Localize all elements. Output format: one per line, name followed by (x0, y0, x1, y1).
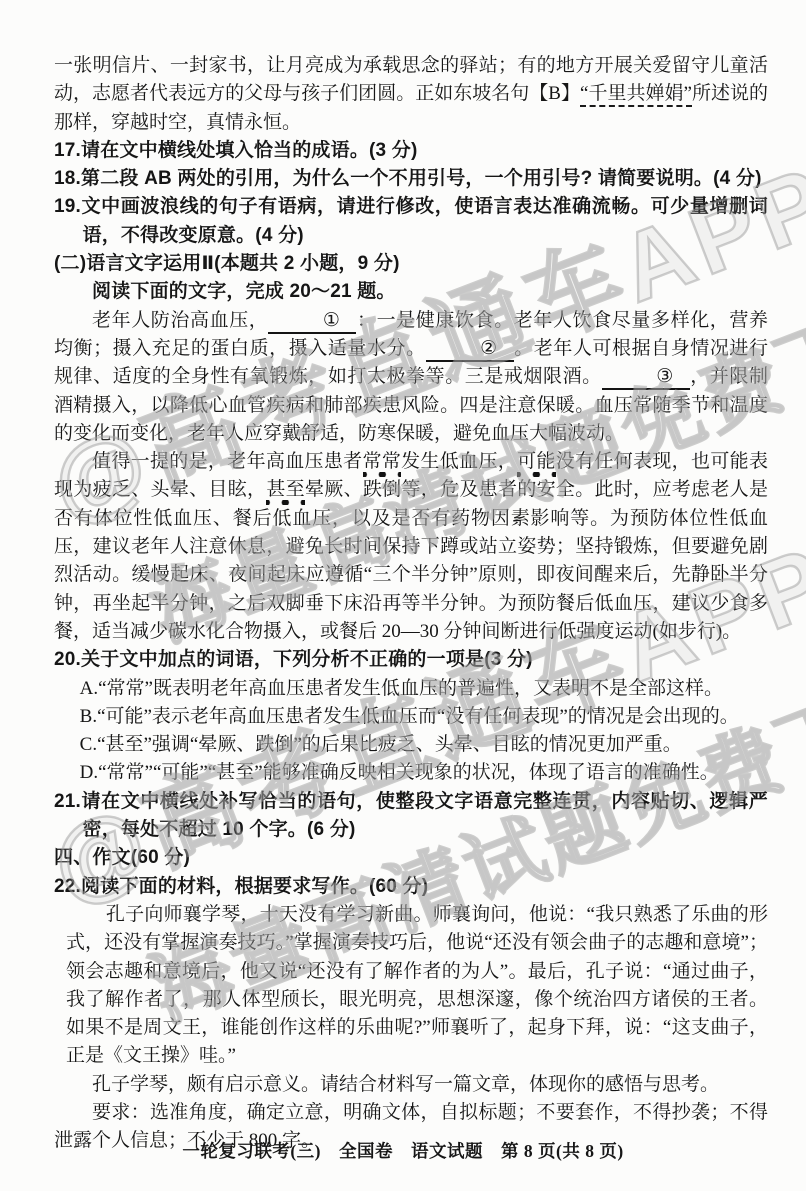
exam-paper-page: 一张明信片、一封家书，让月亮成为承载思念的驿站；有的地方开展关爱留守儿童活动，志… (0, 0, 806, 1191)
passage-1: 老年人防治高血压，①：一是健康饮食。老年人饮食尽量多样化，营养均衡；摄入充足的蛋… (54, 307, 768, 448)
passage-text: 晕厥、跌倒等，危及患者的安全。此时，应考虑老人是否有体位性低血压、餐后低血压，以… (54, 479, 768, 641)
passage-text: 发生低血压， (401, 451, 517, 472)
passage-text: 老年人防治高血压， (92, 310, 268, 331)
question-21: 21.请在文中横线处补写恰当的语句，使整段文字语意完整连贯，内容贴切、逻辑严密，… (54, 788, 768, 845)
essay-material-paragraph: 孔子向师襄学琴，十天没有学习新曲。师襄询问，他说：“我只熟悉了乐曲的形式，还没有… (66, 901, 768, 1071)
dot-emphasized-word: 甚至 (266, 479, 305, 505)
option-b: B.“可能”表示老年高血压患者发生低血压而“没有任何表现”的情况是会出现的。 (80, 703, 768, 731)
section-2-heading: (二)语言文字运用Ⅱ(本题共 2 小题，9 分) (54, 250, 768, 278)
essay-prompt-paragraph: 孔子学琴，颇有启示意义。请结合材料写一篇文章，体现你的感悟与思考。 (54, 1071, 768, 1099)
dot-emphasized-word: 可能 (517, 451, 556, 477)
fill-in-blank: ③ (602, 367, 690, 390)
passage-text: 值得一提的是，老年高血压患者 (92, 451, 363, 472)
passage-2: 值得一提的是，老年高血压患者常常发生低血压，可能没有任何表现，也可能表现为疲乏、… (54, 448, 768, 646)
question-20-stem: 20.关于文中加点的词语，下列分析不正确的一项是(3 分) (54, 646, 768, 674)
question-18: 18.第二段 AB 两处的引用，为什么一个不用引号，一个用引号? 请简要说明。(… (54, 165, 768, 193)
section-4-heading: 四、作文(60 分) (54, 844, 768, 872)
option-a: A.“常常”既表明老年高血压患者发生低血压的普遍性，又表明不是全部这样。 (80, 675, 768, 703)
dot-emphasized-word: 常常 (363, 451, 402, 477)
fill-in-blank: ② (426, 339, 514, 362)
page-footer: 一轮复习联考(三) 全国卷 语文试题 第 8 页(共 8 页) (0, 1138, 806, 1163)
page-content: 一张明信片、一封家书，让月亮成为承载思念的驿站；有的地方开展关爱留守儿童活动，志… (54, 52, 768, 1156)
question-19: 19.文中画波浪线的句子有语病，请进行修改，使语言表达准确流畅。可少量增删词语，… (54, 193, 768, 250)
intro-paragraph: 一张明信片、一封家书，让月亮成为承载思念的驿站；有的地方开展关爱留守儿童活动，志… (54, 52, 768, 137)
fill-in-blank: ① (268, 311, 356, 334)
question-22-stem: 22.阅读下面的材料，根据要求写作。(60 分) (54, 873, 768, 901)
option-d: D.“常常”“可能”“甚至”能够准确反映相关现象的状况，体现了语言的准确性。 (80, 759, 768, 787)
question-20-options: A.“常常”既表明老年高血压患者发生低血压的普遍性，又表明不是全部这样。 B.“… (80, 675, 768, 788)
reading-instruction: 阅读下面的文字，完成 20～21 题。 (54, 278, 768, 306)
question-17: 17.请在文中横线处填入恰当的成语。(3 分) (54, 137, 768, 165)
dashed-underline-phrase: “千里共婵娟” (580, 83, 692, 107)
option-c: C.“甚至”强调“晕厥、跌倒”的后果比疲乏、头晕、目眩的情况更加严重。 (80, 731, 768, 759)
